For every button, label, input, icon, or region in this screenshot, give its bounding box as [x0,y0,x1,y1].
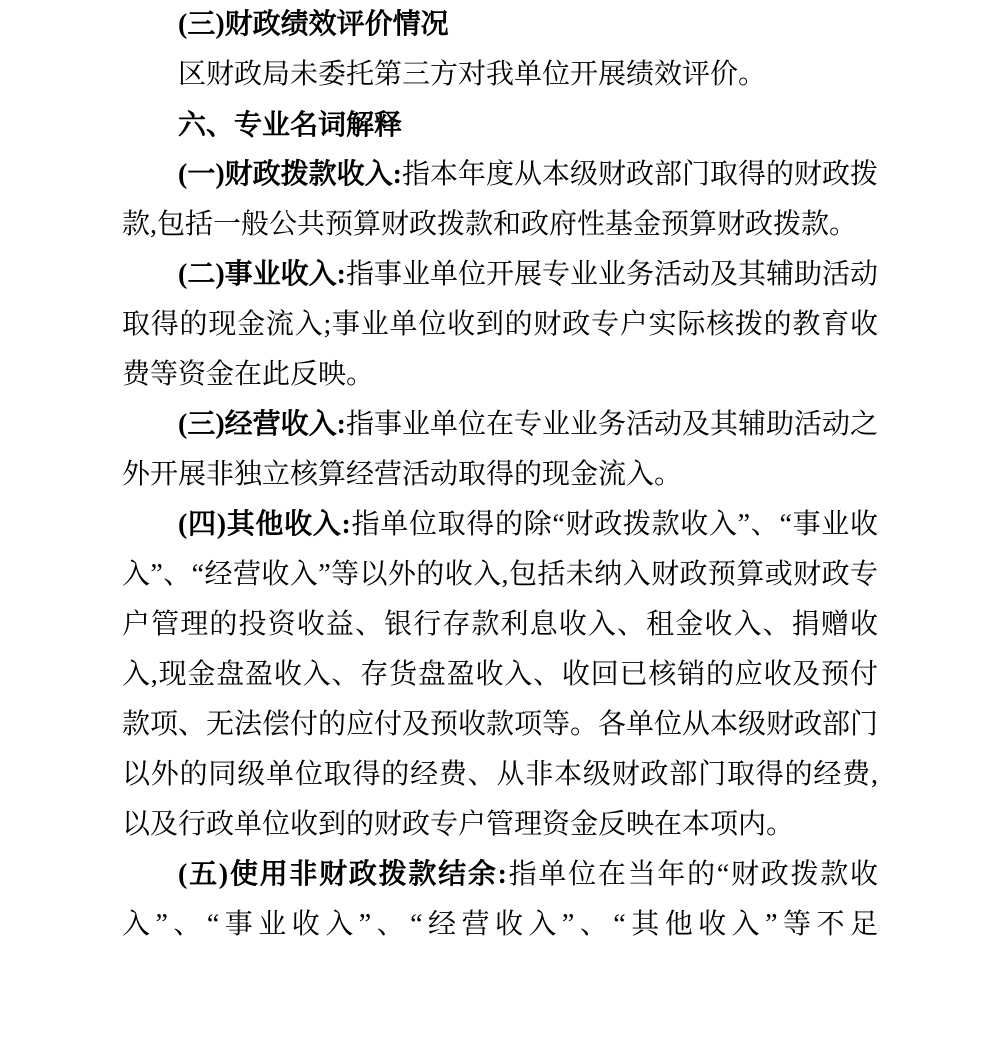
term-lead: (三)经营收入: [178,409,346,440]
paragraph-term-operating-income-public: (二)事业收入:指事业单位开展专业业务活动及其辅助活动取得的现金流入;事业单位收… [122,250,878,400]
document-page: (三)财政绩效评价情况 区财政局未委托第三方对我单位开展绩效评价。 六、专业名词… [0,0,1000,1041]
section-heading-performance-evaluation: (三)财政绩效评价情况 [122,0,878,50]
term-lead: (四)其他收入: [178,509,351,540]
section-heading-terms: 六、专业名词解释 [122,100,878,150]
paragraph-term-business-income: (三)经营收入:指事业单位在专业业务活动及其辅助活动之外开展非独立核算经营活动取… [122,400,878,500]
term-lead: (五)使用非财政拨款结余: [178,859,507,890]
paragraph-performance-evaluation: 区财政局未委托第三方对我单位开展绩效评价。 [122,50,878,100]
paragraph-text: 区财政局未委托第三方对我单位开展绩效评价。 [178,59,766,90]
paragraph-term-fiscal-appropriation-income: (一)财政拨款收入:指本年度从本级财政部门取得的财政拨款,包括一般公共预算财政拨… [122,150,878,250]
term-lead: (一)财政拨款收入: [178,159,402,190]
paragraph-term-non-fiscal-surplus: (五)使用非财政拨款结余:指单位在当年的“财政拨款收入”、“事业收入”、“经营收… [122,850,878,950]
document-text-block: (三)财政绩效评价情况 区财政局未委托第三方对我单位开展绩效评价。 六、专业名词… [122,0,878,950]
term-definition: 指单位取得的除“财政拨款收入”、“事业收入”、“经营收入”等以外的收入,包括未纳… [122,509,878,840]
paragraph-term-other-income: (四)其他收入:指单位取得的除“财政拨款收入”、“事业收入”、“经营收入”等以外… [122,500,878,850]
term-lead: (二)事业收入: [178,259,346,290]
